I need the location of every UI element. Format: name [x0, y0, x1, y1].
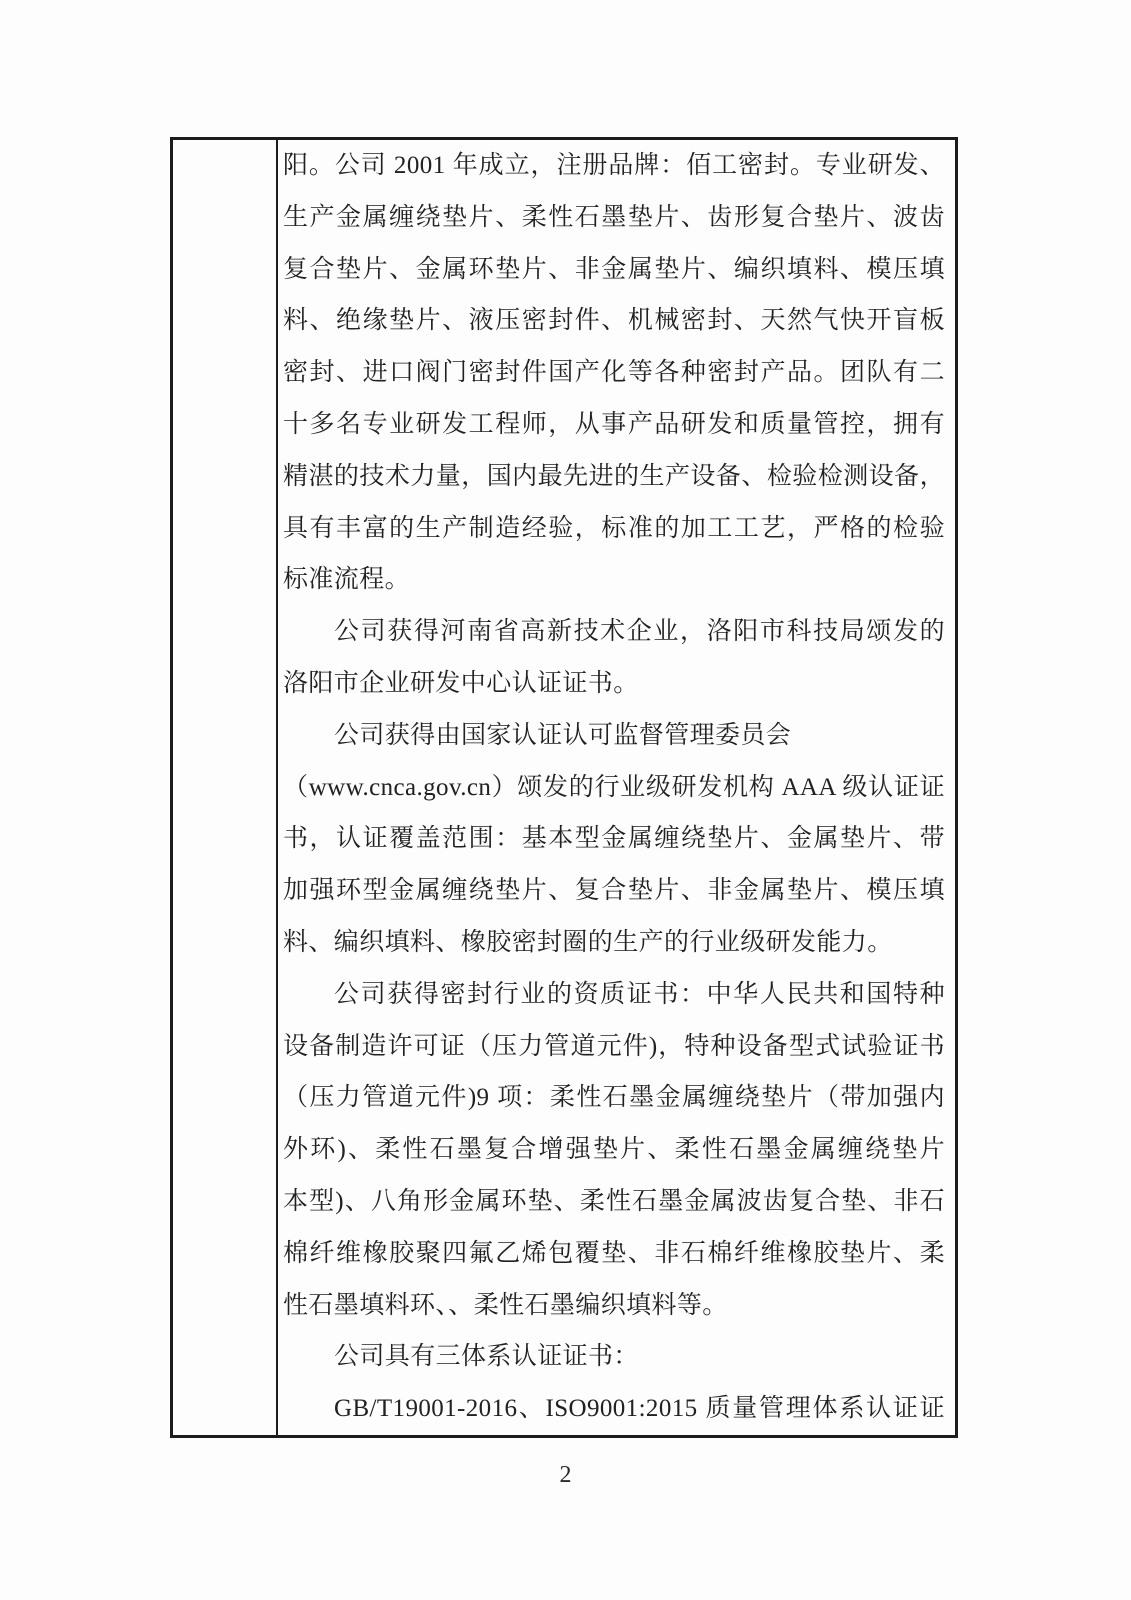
text-line: 公司获得密封行业的资质证书：中华人民共和国特种 [283, 969, 945, 1021]
table-right-cell: 阳。公司 2001 年成立，注册品牌：佰工密封。专业研发、 生产金属缠绕垫片、柔… [278, 140, 955, 1435]
text-line: 棉纤维橡胶聚四氟乙烯包覆垫、非石棉纤维橡胶垫片、柔 [283, 1228, 945, 1280]
text-line: 密封、进口阀门密封件国产化等各种密封产品。团队有二 [283, 347, 945, 399]
text-line: 加强环型金属缠绕垫片、复合垫片、非金属垫片、模压填 [283, 865, 945, 917]
text-line: GB/T19001-2016、ISO9001:2015 质量管理体系认证证 [283, 1383, 945, 1435]
text-line: 书，认证覆盖范围：基本型金属缠绕垫片、金属垫片、带 [283, 813, 945, 865]
text-line: 复合垫片、金属环垫片、非金属垫片、编织填料、模压填 [283, 244, 945, 296]
text-line: 公司具有三体系认证证书： [283, 1331, 945, 1383]
content-table: 阳。公司 2001 年成立，注册品牌：佰工密封。专业研发、 生产金属缠绕垫片、柔… [170, 137, 958, 1438]
text-line: 本型)、八角形金属环垫、柔性石墨金属波齿复合垫、非石 [283, 1176, 945, 1228]
document-page: 阳。公司 2001 年成立，注册品牌：佰工密封。专业研发、 生产金属缠绕垫片、柔… [0, 0, 1131, 1600]
text-line: 标准流程。 [283, 554, 945, 606]
text-line: 洛阳市企业研发中心认证证书。 [283, 658, 945, 710]
text-line: 外环)、柔性石墨复合增强垫片、柔性石墨金属缠绕垫片（基 [283, 1124, 945, 1176]
text-line: （www.cnca.gov.cn）颂发的行业级研发机构 AAA 级认证证 [283, 762, 945, 814]
text-line: 生产金属缠绕垫片、柔性石墨垫片、齿形复合垫片、波齿 [283, 192, 945, 244]
page-number: 2 [0, 1458, 1131, 1492]
text-line: 料、编织填料、橡胶密封圈的生产的行业级研发能力。 [283, 917, 945, 969]
text-line: 精湛的技术力量，国内最先进的生产设备、检验检测设备， [283, 451, 945, 503]
text-line: 公司获得河南省高新技术企业，洛阳市科技局颂发的 [283, 606, 945, 658]
text-line: 公司获得由国家认证认可监督管理委员会 [283, 710, 945, 762]
text-line: 十多名专业研发工程师，从事产品研发和质量管控，拥有 [283, 399, 945, 451]
text-line: 设备制造许可证（压力管道元件)，特种设备型式试验证书 [283, 1021, 945, 1073]
text-line: 具有丰富的生产制造经验，标准的加工工艺，严格的检验 [283, 503, 945, 555]
text-line: 阳。公司 2001 年成立，注册品牌：佰工密封。专业研发、 [283, 140, 945, 192]
text-line: 性石墨填料环、、柔性石墨编织填料等。 [283, 1280, 945, 1332]
text-line: 料、绝缘垫片、液压密封件、机械密封、天然气快开盲板 [283, 295, 945, 347]
table-left-cell [173, 140, 278, 1435]
text-line: （压力管道元件)9 项：柔性石墨金属缠绕垫片（带加强内 [283, 1072, 945, 1124]
